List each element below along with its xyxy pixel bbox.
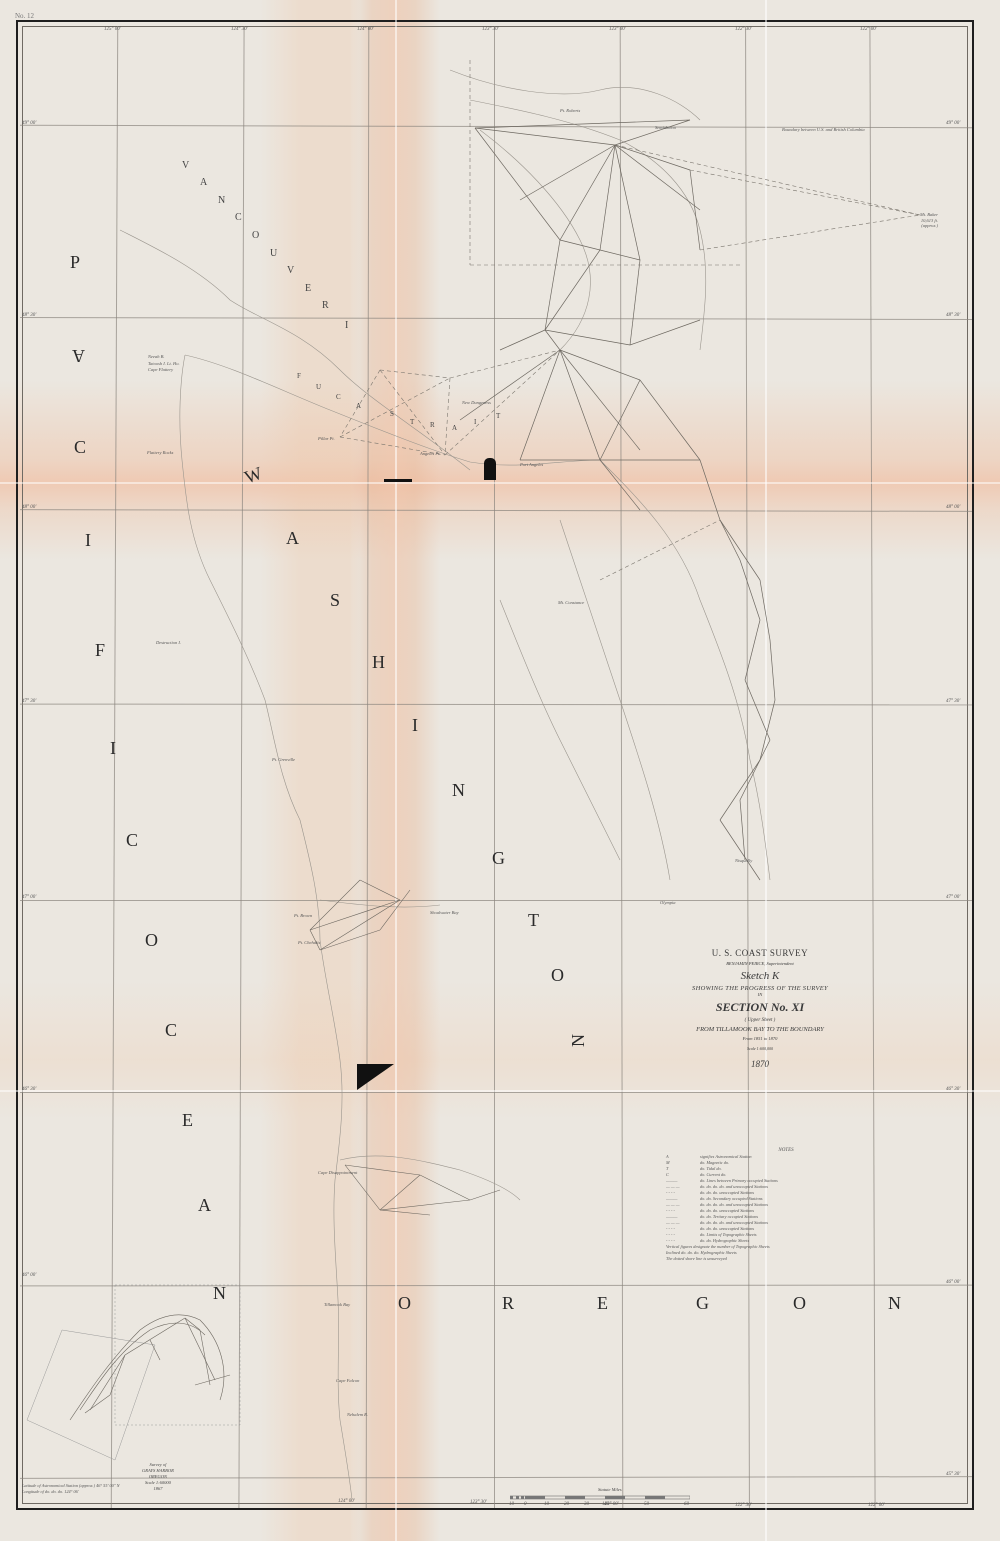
region-letter-pacific: P — [70, 252, 80, 273]
region-letter-vancouver: C — [235, 212, 242, 223]
sketch-title: Sketch K — [680, 970, 840, 982]
place-label: Neeah B. — [148, 354, 165, 359]
sheet-part: ( Upper Sheet ) — [680, 1018, 840, 1023]
notes-row: The dotted shore line is unsurveyed — [666, 1256, 866, 1262]
place-label: Pt. Chehalis — [298, 940, 320, 945]
place-label: Pt. Roberts — [560, 108, 580, 113]
region-letter-washington: N — [452, 780, 465, 801]
region-letter-oregon: R — [502, 1293, 514, 1314]
region-letter-pacific: C — [126, 830, 138, 851]
survey-network — [0, 0, 1000, 1541]
place-label: Port Angeles — [520, 462, 543, 467]
scale-tick: 0 — [524, 1502, 527, 1507]
region-letter-strait: S — [390, 410, 394, 418]
sketch-subtitle: SHOWING THE PROGRESS OF THE SURVEY — [680, 985, 840, 992]
place-label: Olympia — [660, 900, 676, 905]
region-letter-oregon: O — [398, 1293, 411, 1314]
region-letter-washington: S — [330, 590, 340, 611]
place-label: Cape Flattery — [148, 367, 173, 372]
scale-tick: 10 — [509, 1502, 514, 1507]
inset-year: 1867 — [142, 1486, 174, 1492]
region-letter-strait: C — [336, 393, 341, 401]
extent: FROM TILLAMOOK BAY TO THE BOUNDARY — [680, 1026, 840, 1033]
triangulation-lines — [460, 120, 775, 880]
region-letter-strait: T — [496, 412, 500, 420]
region-letter-vancouver: R — [322, 300, 329, 311]
region-letter-strait: A — [452, 424, 457, 432]
inset-longitude: Longitude of do. do. do. 124° 06' — [22, 1489, 120, 1495]
sketch-in: IN — [680, 992, 840, 997]
region-letter-washington: T — [528, 910, 539, 931]
fold-damage — [484, 458, 496, 480]
place-label: Tillamook Bay — [324, 1302, 350, 1307]
legend-notes: NOTES Asignifies Astronomical Station Md… — [666, 1148, 866, 1262]
place-label: Pt. Brown — [294, 913, 312, 918]
section-title: SECTION No. XI — [680, 1000, 840, 1015]
place-label: Cape Disappointment — [318, 1170, 357, 1175]
place-label: Mt. Constance — [558, 600, 584, 605]
region-letter-vancouver: A — [200, 177, 207, 188]
place-label: Tatoosh I. Lt. Ho. — [148, 361, 180, 366]
region-letter-washington: I — [412, 715, 418, 736]
inset-title: Survey of GRAYS HARBOR OREGON Scale 1:60… — [142, 1462, 174, 1492]
scale-note: Scale 1:600,000 — [680, 1046, 840, 1051]
period: From 1851 to 1870 — [680, 1036, 840, 1041]
region-letter-oregon: E — [597, 1293, 608, 1314]
region-letter-pacific: C — [165, 1020, 177, 1041]
region-letter-oregon: O — [793, 1293, 806, 1314]
place-label: Nisqually — [735, 858, 752, 863]
fold-damage — [357, 1064, 394, 1090]
region-letter-vancouver: O — [252, 230, 259, 241]
region-letter-pacific: F — [95, 640, 105, 661]
region-letter-strait: A — [356, 402, 361, 410]
region-letter-pacific: I — [110, 738, 116, 759]
region-letter-pacific: E — [182, 1110, 193, 1131]
scale-tick: 20 — [564, 1502, 569, 1507]
place-label: Nehalem R. — [347, 1412, 368, 1417]
scale-tick: 50 — [644, 1502, 649, 1507]
title-block: U. S. COAST SURVEY BENJAMIN PEIRCE, Supe… — [680, 948, 840, 1069]
scale-bar-title: Statute Miles — [598, 1487, 622, 1492]
region-letter-vancouver: I — [345, 320, 348, 331]
region-letter-washington: O — [551, 965, 564, 986]
region-letter-pacific: O — [145, 930, 158, 951]
agency-title: U. S. COAST SURVEY — [680, 948, 840, 958]
scale-tick: 60 — [684, 1502, 689, 1507]
region-letter-oregon: N — [888, 1293, 901, 1314]
place-label: Cape Falcon — [336, 1378, 359, 1383]
inset-map — [27, 1285, 240, 1460]
region-letter-pacific: C — [74, 437, 86, 458]
region-letter-pacific: N — [213, 1283, 226, 1304]
scale-tick: 30 — [584, 1502, 589, 1507]
place-label: Pt. Grenville — [272, 757, 295, 762]
place-label: Flattery Rocks — [147, 450, 173, 455]
legend-text: The dotted shore line is unsurveyed — [666, 1256, 727, 1262]
region-letter-vancouver: E — [305, 283, 311, 294]
region-letter-washington: A — [286, 528, 299, 549]
region-letter-vancouver: V — [287, 265, 294, 276]
place-label: New Dungeness — [462, 400, 491, 405]
region-letter-pacific: A — [198, 1195, 211, 1216]
place-label: Destruction I. — [156, 640, 181, 645]
scale-bar — [510, 1494, 690, 1508]
region-letter-strait: T — [410, 418, 414, 426]
region-letter-strait: R — [430, 421, 435, 429]
region-letter-washington: G — [492, 848, 505, 869]
inset-coordinates: Latitude of Astronomical Station (approx… — [22, 1483, 120, 1495]
region-letter-washington: H — [372, 652, 385, 673]
year: 1870 — [680, 1059, 840, 1069]
fold-damage — [384, 479, 412, 482]
place-label: Shoalwater Bay — [430, 910, 459, 915]
place-label: Pillar Pt. — [318, 436, 335, 441]
region-letter-vancouver: U — [270, 248, 277, 259]
place-label: Semiahmoo — [655, 125, 676, 130]
region-letter-oregon: G — [696, 1293, 709, 1314]
region-letter-vancouver: V — [182, 160, 189, 171]
place-label: Angeles Pt. — [420, 451, 441, 456]
scale-tick: 10 — [544, 1502, 549, 1507]
region-letter-vancouver: N — [218, 195, 225, 206]
region-letter-strait: U — [316, 383, 321, 391]
superintendent: BENJAMIN PEIRCE, Superintendent — [680, 961, 840, 966]
region-letter-washington: N — [568, 1034, 589, 1047]
region-letter-strait: F — [297, 372, 301, 380]
region-letter-pacific: A — [72, 345, 85, 366]
region-letter-strait: I — [474, 418, 476, 426]
dashed-sight-lines — [340, 60, 920, 580]
scale-tick: 40 — [604, 1502, 609, 1507]
region-letter-pacific: I — [85, 530, 91, 551]
